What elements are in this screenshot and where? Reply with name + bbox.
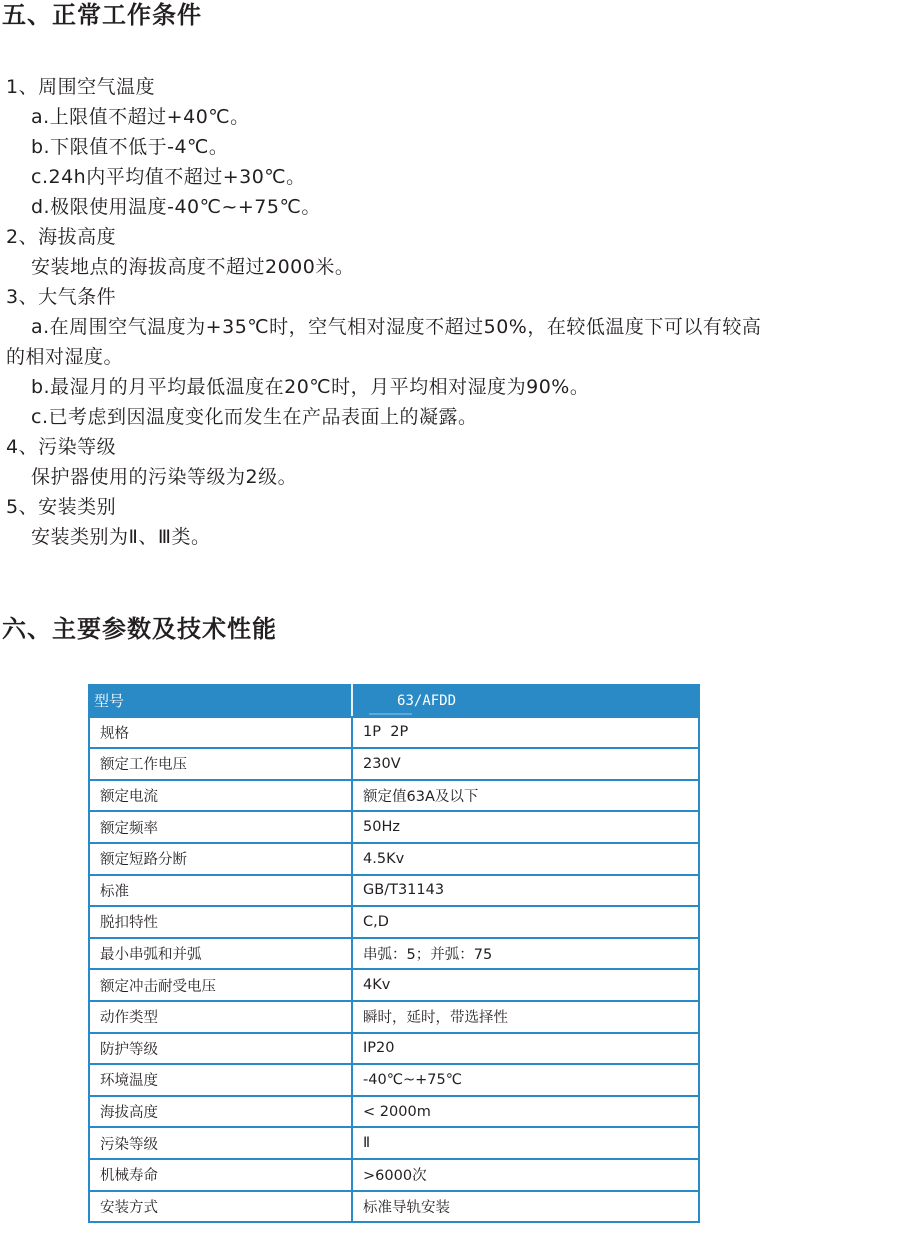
header-underline-decoration [369,713,412,715]
table-row: 额定工作电压 230V [89,748,699,780]
param-name: 安装方式 [89,1191,352,1223]
param-value: 4Kv [352,969,699,1001]
param-name: 动作类型 [89,1001,352,1033]
param-name: 脱扣特性 [89,906,352,938]
condition-heading: 3、大气条件 [6,282,898,312]
table-row: 额定冲击耐受电压 4Kv [89,969,699,1001]
condition-heading: 4、污染等级 [6,432,898,462]
condition-line: 保护器使用的污染等级为2级。 [6,462,898,492]
table-row: 安装方式 标准导轨安装 [89,1191,699,1223]
condition-group-altitude: 2、海拔高度 安装地点的海拔高度不超过2000米。 [6,222,898,282]
param-name: 额定电流 [89,780,352,812]
table-row: 防护等级 IP20 [89,1033,699,1065]
table-row: 额定电流 额定值63A及以下 [89,780,699,812]
header-model-value: 63/AFDD [352,685,699,717]
table-row: 污染等级 Ⅱ [89,1127,699,1159]
param-name: 额定频率 [89,811,352,843]
param-value: Ⅱ [352,1127,699,1159]
table-row: 最小串弧和并弧 串弧：5；并弧：75 [89,938,699,970]
param-name: 最小串弧和并弧 [89,938,352,970]
param-value: 230V [352,748,699,780]
condition-line: a.在周围空气温度为+35℃时，空气相对湿度不超过50%，在较低温度下可以有较高 [6,312,898,342]
param-name: 机械寿命 [89,1159,352,1191]
condition-line: d.极限使用温度-40℃~+75℃。 [6,192,898,222]
working-conditions-list: 1、周围空气温度 a.上限值不超过+40℃。 b.下限值不低于-4℃。 c.24… [6,72,898,552]
param-name: 额定工作电压 [89,748,352,780]
table-row: 动作类型 瞬时，延时，带选择性 [89,1001,699,1033]
section-title-main-parameters: 六、主要参数及技术性能 [2,614,277,644]
param-name: 海拔高度 [89,1096,352,1128]
condition-group-atmosphere: 3、大气条件 a.在周围空气温度为+35℃时，空气相对湿度不超过50%，在较低温… [6,282,898,432]
condition-line: b.下限值不低于-4℃。 [6,132,898,162]
condition-group-pollution: 4、污染等级 保护器使用的污染等级为2级。 [6,432,898,492]
condition-line: 安装地点的海拔高度不超过2000米。 [6,252,898,282]
param-value: >6000次 [352,1159,699,1191]
param-value: 4.5Kv [352,843,699,875]
table-row: 规格 1P 2P [89,717,699,749]
param-name: 额定冲击耐受电压 [89,969,352,1001]
param-value: 串弧：5；并弧：75 [352,938,699,970]
condition-group-installation: 5、安装类别 安装类别为Ⅱ、Ⅲ类。 [6,492,898,552]
condition-line: a.上限值不超过+40℃。 [6,102,898,132]
param-value: GB/T31143 [352,875,699,907]
condition-line: 安装类别为Ⅱ、Ⅲ类。 [6,522,898,552]
param-value: 瞬时，延时，带选择性 [352,1001,699,1033]
header-model-label: 型号 [89,685,352,717]
condition-line: c.24h内平均值不超过+30℃。 [6,162,898,192]
condition-heading: 2、海拔高度 [6,222,898,252]
condition-line-continuation: 的相对湿度。 [6,342,898,372]
table-row: 标准 GB/T31143 [89,875,699,907]
table-header-row: 型号 63/AFDD [89,685,699,717]
param-name: 额定短路分断 [89,843,352,875]
table-row: 机械寿命 >6000次 [89,1159,699,1191]
table-row: 脱扣特性 C,D [89,906,699,938]
param-value: 1P 2P [352,717,699,749]
param-name: 标准 [89,875,352,907]
condition-group-temperature: 1、周围空气温度 a.上限值不超过+40℃。 b.下限值不低于-4℃。 c.24… [6,72,898,222]
table-row: 额定短路分断 4.5Kv [89,843,699,875]
param-value: 50Hz [352,811,699,843]
param-value: 额定值63A及以下 [352,780,699,812]
param-name: 规格 [89,717,352,749]
param-name: 环境温度 [89,1064,352,1096]
condition-heading: 1、周围空气温度 [6,72,898,102]
condition-line: b.最湿月的月平均最低温度在20℃时，月平均相对湿度为90%。 [6,372,898,402]
section-title-working-conditions: 五、正常工作条件 [2,0,202,30]
param-value: IP20 [352,1033,699,1065]
param-name: 防护等级 [89,1033,352,1065]
table-row: 海拔高度 < 2000m [89,1096,699,1128]
param-value: 标准导轨安装 [352,1191,699,1223]
table-row: 额定频率 50Hz [89,811,699,843]
condition-line: c.已考虑到因温度变化而发生在产品表面上的凝露。 [6,402,898,432]
table-row: 环境温度 -40℃~+75℃ [89,1064,699,1096]
param-name: 污染等级 [89,1127,352,1159]
spec-table: 型号 63/AFDD 规格 1P 2P 额定工作电压 230V 额定电流 额定值… [88,684,700,1223]
condition-heading: 5、安装类别 [6,492,898,522]
param-value: C,D [352,906,699,938]
param-value: < 2000m [352,1096,699,1128]
param-value: -40℃~+75℃ [352,1064,699,1096]
